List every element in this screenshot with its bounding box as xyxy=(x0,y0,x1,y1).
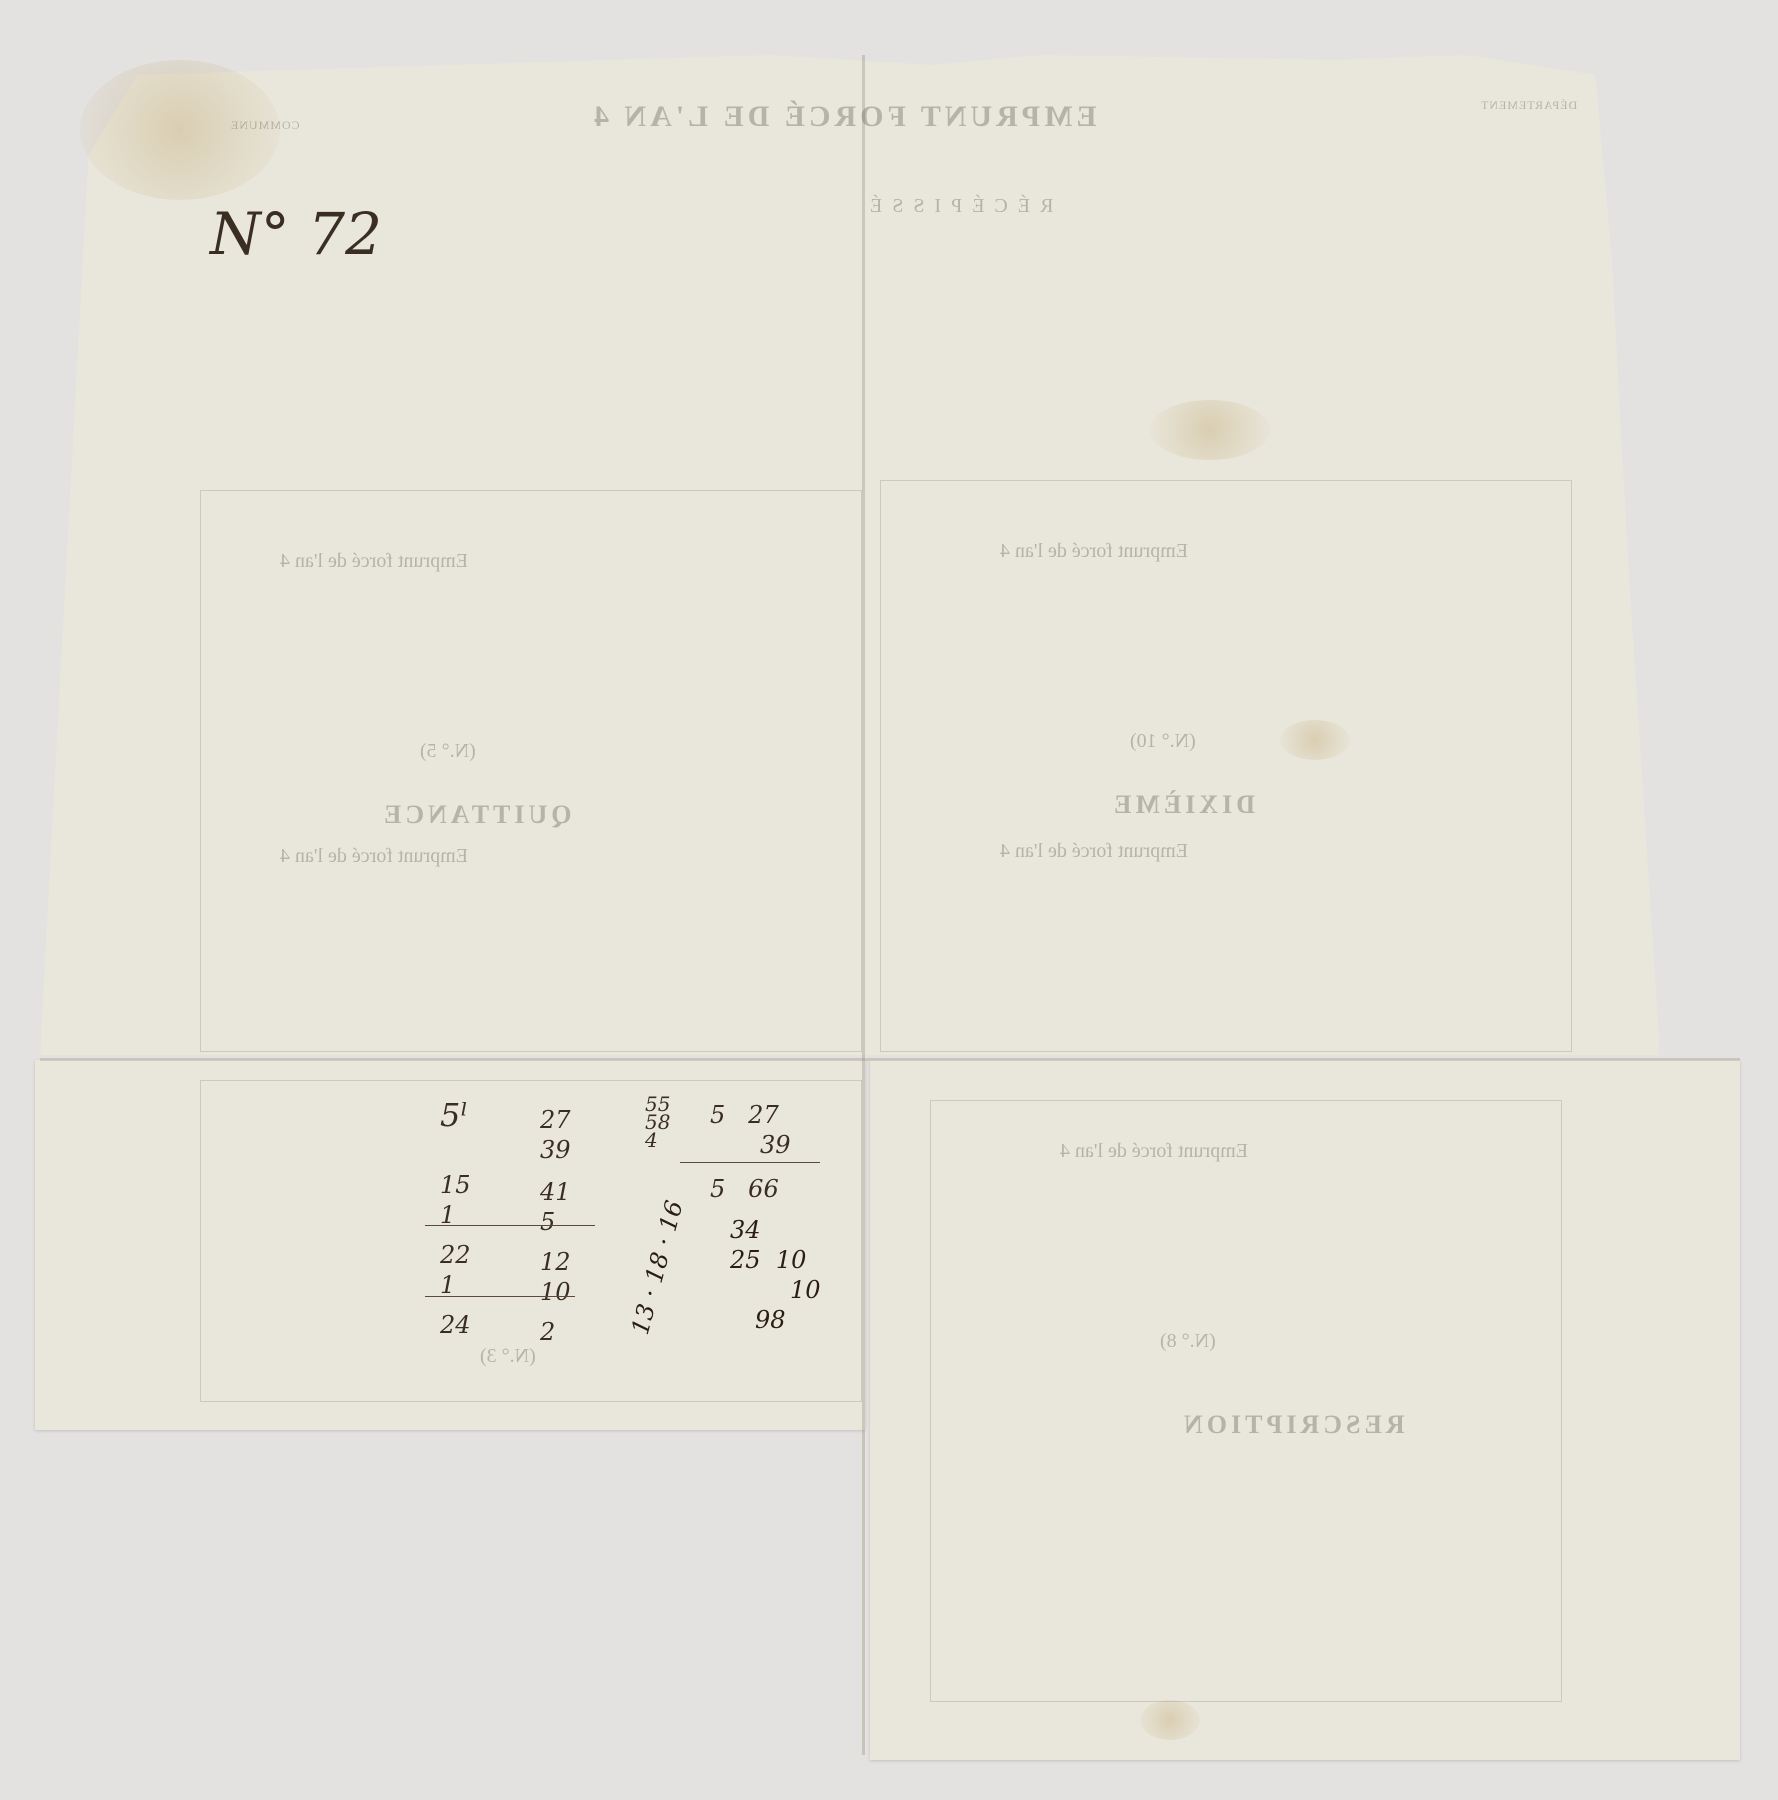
calc-column-a: 5ˡ 15 1 22 1 24 xyxy=(440,1100,471,1340)
mirrored-coupon-label: RESCRIPTION xyxy=(1180,1410,1405,1440)
coupon-frame-bottom-right xyxy=(930,1100,1562,1702)
vertical-fold-line xyxy=(862,55,865,1755)
mirrored-coupon-number: (N.° 3) xyxy=(480,1345,536,1368)
mirrored-coupon-number: (N.° 10) xyxy=(1130,730,1196,753)
calc-column-b: 27 39 41 5 12 10 2 xyxy=(540,1105,571,1347)
mirrored-section-title: RÉCÉPISSÉ xyxy=(860,195,1053,218)
calc-column-d: 5 27 39 5 66 xyxy=(710,1100,791,1204)
handwritten-number: N° 72 xyxy=(210,200,382,268)
mirrored-coupon-text: Emprunt forcé de l'an 4 xyxy=(280,550,468,573)
mirrored-coupon-number: (N.° 5) xyxy=(420,740,476,763)
horizontal-fold-line xyxy=(40,1058,1740,1061)
mirrored-coupon-number: (N.° 8) xyxy=(1160,1330,1216,1353)
mirrored-header: EMPRUNT FORCÉ DE L'AN 4 xyxy=(590,100,1096,134)
mirrored-coupon-label: DIXIÈME xyxy=(1110,790,1255,820)
mirrored-coupon-text: Emprunt forcé de l'an 4 xyxy=(1000,540,1188,563)
coupon-frame-right xyxy=(880,480,1572,1052)
age-stain xyxy=(1140,1700,1200,1740)
calc-column-e: 34 25 10 10 98 xyxy=(730,1215,821,1335)
mirrored-coupon-text: Emprunt forcé de l'an 4 xyxy=(1000,840,1188,863)
coupon-frame-left xyxy=(200,490,862,1052)
mirrored-header-left: COMMUNE xyxy=(230,118,300,133)
mirrored-header-right: DÉPARTEMENT xyxy=(1480,98,1577,113)
mirrored-coupon-text: Emprunt forcé de l'an 4 xyxy=(1060,1140,1248,1163)
calc-column-c: 55 58 4 xyxy=(645,1095,670,1149)
age-stain xyxy=(1150,400,1270,460)
sum-line xyxy=(425,1296,575,1297)
mirrored-coupon-text: Emprunt forcé de l'an 4 xyxy=(280,845,468,868)
sum-line xyxy=(680,1162,820,1163)
sum-line xyxy=(425,1225,595,1226)
mirrored-coupon-label: QUITTANCE xyxy=(380,800,572,830)
